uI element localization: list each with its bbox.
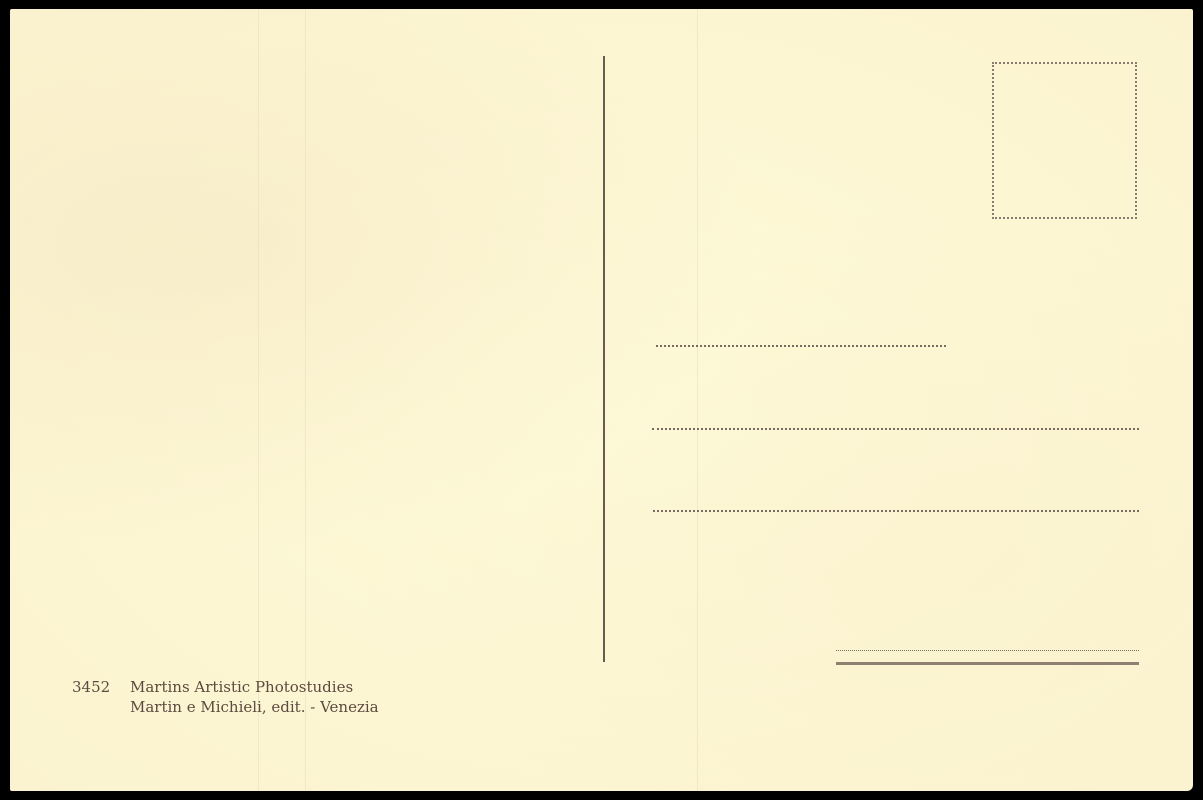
publisher-name: Martin e Michieli, edit. - Venezia xyxy=(130,698,379,716)
publisher-caption: 3452Martins Artistic Photostudies Martin… xyxy=(72,677,379,717)
card-number: 3452 xyxy=(72,677,130,697)
paper-crease xyxy=(305,9,306,791)
address-line-2 xyxy=(652,428,1139,430)
stamp-box xyxy=(992,62,1137,219)
series-title: Martins Artistic Photostudies xyxy=(130,678,353,696)
paper-crease xyxy=(258,9,259,791)
center-divider-line xyxy=(603,56,605,662)
address-line-1 xyxy=(656,345,946,347)
postcard-back: 3452Martins Artistic Photostudies Martin… xyxy=(10,9,1193,791)
address-line-4 xyxy=(836,650,1139,651)
address-line-3 xyxy=(653,510,1139,512)
caption-row-2: Martin e Michieli, edit. - Venezia xyxy=(72,697,379,717)
paper-crease xyxy=(697,9,698,791)
caption-row-1: 3452Martins Artistic Photostudies xyxy=(72,677,379,697)
address-line-5 xyxy=(836,662,1139,665)
